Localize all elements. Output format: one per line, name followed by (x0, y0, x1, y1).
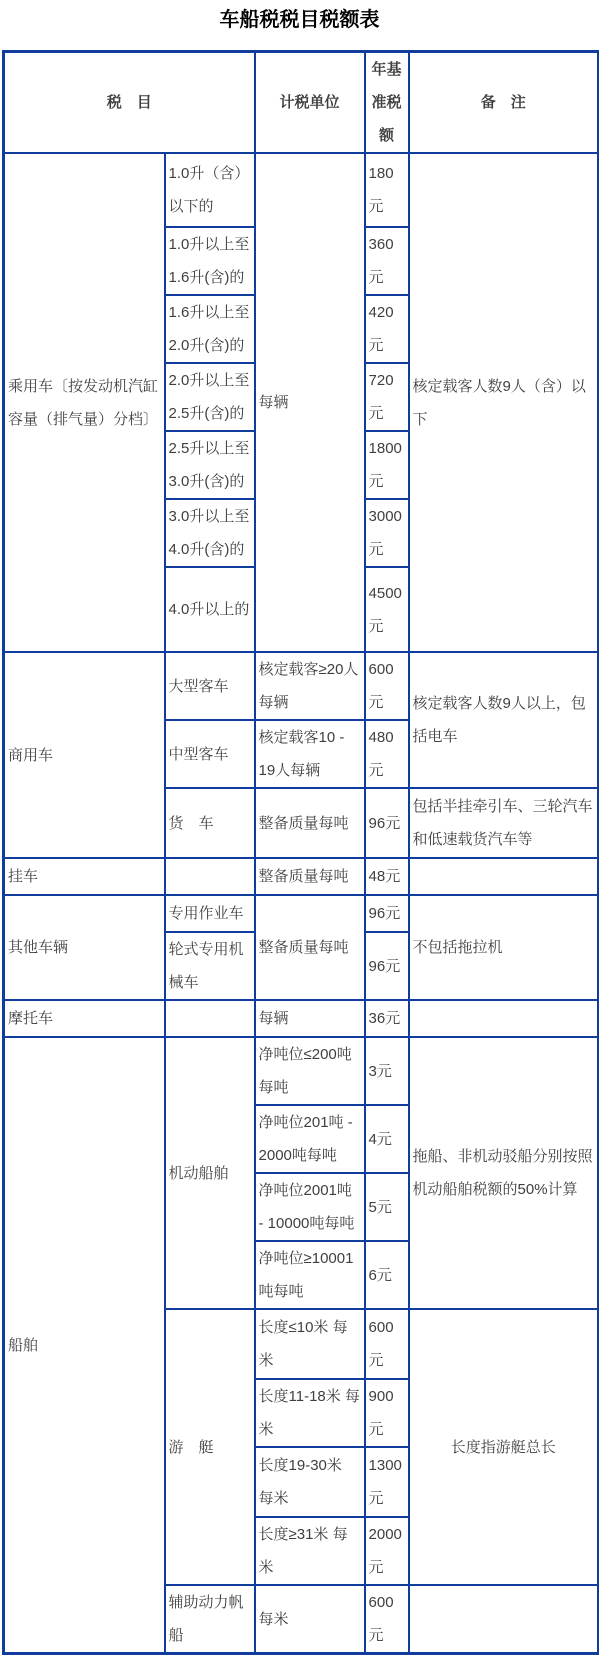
cell-subcategory: 3.0升以上至4.0升(含)的 (165, 499, 255, 567)
cell-tax-unit: 净吨位≥10001吨每吨 (255, 1241, 365, 1309)
cell-subcategory: 2.0升以上至2.5升(含)的 (165, 363, 255, 431)
header-row: 税 目 计税单位 年基准税额 备 注 (4, 52, 599, 154)
empty-cell (409, 1585, 599, 1654)
cell-tax-unit: 净吨位≤200吨每吨 (255, 1037, 365, 1105)
cell-subcategory: 1.6升以上至2.0升(含)的 (165, 295, 255, 363)
cell-tax-unit: 长度≤10米 每米 (255, 1309, 365, 1379)
cell-amount: 720元 (365, 363, 409, 431)
tax-rate-table: 税 目 计税单位 年基准税额 备 注 乘用车〔按发动机汽缸容量（排气量）分档〕 … (2, 50, 599, 1655)
cell-category-passenger-car: 乘用车〔按发动机汽缸容量（排气量）分档〕 (4, 153, 165, 652)
cell-amount: 600元 (365, 652, 409, 720)
cell-subcategory: 专用作业车 (165, 895, 255, 932)
cell-amount: 5元 (365, 1173, 409, 1241)
cell-amount: 600元 (365, 1585, 409, 1654)
cell-tax-unit: 净吨位2001吨 - 10000吨每吨 (255, 1173, 365, 1241)
cell-category-trailer: 挂车 (4, 858, 165, 895)
table-row: 其他车辆 专用作业车 整备质量每吨 96元 不包括拖拉机 (4, 895, 599, 932)
cell-category-other-vehicles: 其他车辆 (4, 895, 165, 1000)
cell-subcategory: 轮式专用机械车 (165, 932, 255, 1000)
cell-remark: 不包括拖拉机 (409, 895, 599, 1000)
cell-tax-unit: 长度11-18米 每米 (255, 1379, 365, 1447)
cell-remark: 包括半挂牵引车、三轮汽车和低速载货汽车等 (409, 788, 599, 858)
empty-cell (409, 1000, 599, 1037)
cell-amount: 480元 (365, 720, 409, 788)
cell-amount: 48元 (365, 858, 409, 895)
cell-amount: 180元 (365, 153, 409, 227)
cell-tax-unit: 每辆 (255, 153, 365, 652)
cell-amount: 900元 (365, 1379, 409, 1447)
cell-amount: 6元 (365, 1241, 409, 1309)
col-header-tax-unit: 计税单位 (255, 52, 365, 154)
cell-category-vessels: 船舶 (4, 1037, 165, 1654)
cell-tax-unit: 每辆 (255, 1000, 365, 1037)
cell-amount: 96元 (365, 895, 409, 932)
cell-tax-unit: 整备质量每吨 (255, 788, 365, 858)
page: 车船税税目税额表 税 目 计税单位 年基准税额 备 注 乘用车〔按发动机汽缸容量… (0, 6, 599, 1655)
cell-amount: 3元 (365, 1037, 409, 1105)
cell-amount: 360元 (365, 227, 409, 295)
cell-amount: 600元 (365, 1309, 409, 1379)
cell-subcategory: 1.0升以上至1.6升(含)的 (165, 227, 255, 295)
cell-amount: 96元 (365, 932, 409, 1000)
col-header-tax-item: 税 目 (4, 52, 255, 154)
empty-cell (409, 858, 599, 895)
page-title: 车船税税目税额表 (0, 6, 599, 34)
cell-subcategory-yacht: 游 艇 (165, 1309, 255, 1585)
table-row: 摩托车 每辆 36元 (4, 1000, 599, 1037)
cell-remark: 长度指游艇总长 (409, 1309, 599, 1585)
cell-subcategory: 2.5升以上至3.0升(含)的 (165, 431, 255, 499)
table-row: 挂车 整备质量每吨 48元 (4, 858, 599, 895)
cell-tax-unit: 长度19-30米 每米 (255, 1447, 365, 1517)
cell-tax-unit: 核定载客≥20人每辆 (255, 652, 365, 720)
col-header-annual-base-tax: 年基准税额 (365, 52, 409, 154)
cell-amount: 2000元 (365, 1517, 409, 1585)
cell-remark: 核定载客人数9人（含）以下 (409, 153, 599, 652)
cell-remark: 拖船、非机动驳船分别按照机动船舶税额的50%计算 (409, 1037, 599, 1309)
cell-tax-unit: 每米 (255, 1585, 365, 1654)
table-row: 船舶 机动船舶 净吨位≤200吨每吨 3元 拖船、非机动驳船分别按照机动船舶税额… (4, 1037, 599, 1105)
cell-subcategory: 货 车 (165, 788, 255, 858)
cell-tax-unit: 净吨位201吨 - 2000吨每吨 (255, 1105, 365, 1173)
cell-amount: 36元 (365, 1000, 409, 1037)
cell-tax-unit: 长度≥31米 每米 (255, 1517, 365, 1585)
table-row: 乘用车〔按发动机汽缸容量（排气量）分档〕 1.0升（含）以下的 每辆 180元 … (4, 153, 599, 227)
cell-amount: 1300元 (365, 1447, 409, 1517)
cell-amount: 420元 (365, 295, 409, 363)
cell-subcategory: 中型客车 (165, 720, 255, 788)
cell-subcategory-auxiliary-sailboat: 辅助动力帆船 (165, 1585, 255, 1654)
cell-amount: 4元 (365, 1105, 409, 1173)
cell-tax-unit: 整备质量每吨 (255, 858, 365, 895)
empty-cell (165, 1000, 255, 1037)
col-header-remarks: 备 注 (409, 52, 599, 154)
cell-amount: 3000元 (365, 499, 409, 567)
cell-amount: 4500元 (365, 567, 409, 652)
cell-category-commercial-vehicle: 商用车 (4, 652, 165, 858)
cell-subcategory: 大型客车 (165, 652, 255, 720)
cell-subcategory: 4.0升以上的 (165, 567, 255, 652)
table-row: 商用车 大型客车 核定载客≥20人每辆 600元 核定载客人数9人以上，包括电车 (4, 652, 599, 720)
cell-amount: 96元 (365, 788, 409, 858)
cell-tax-unit: 整备质量每吨 (255, 895, 365, 1000)
cell-amount: 1800元 (365, 431, 409, 499)
cell-category-motorcycle: 摩托车 (4, 1000, 165, 1037)
cell-subcategory-motor-vessel: 机动船舶 (165, 1037, 255, 1309)
empty-cell (165, 858, 255, 895)
cell-remark: 核定载客人数9人以上，包括电车 (409, 652, 599, 788)
cell-subcategory: 1.0升（含）以下的 (165, 153, 255, 227)
cell-tax-unit: 核定载客10 - 19人每辆 (255, 720, 365, 788)
